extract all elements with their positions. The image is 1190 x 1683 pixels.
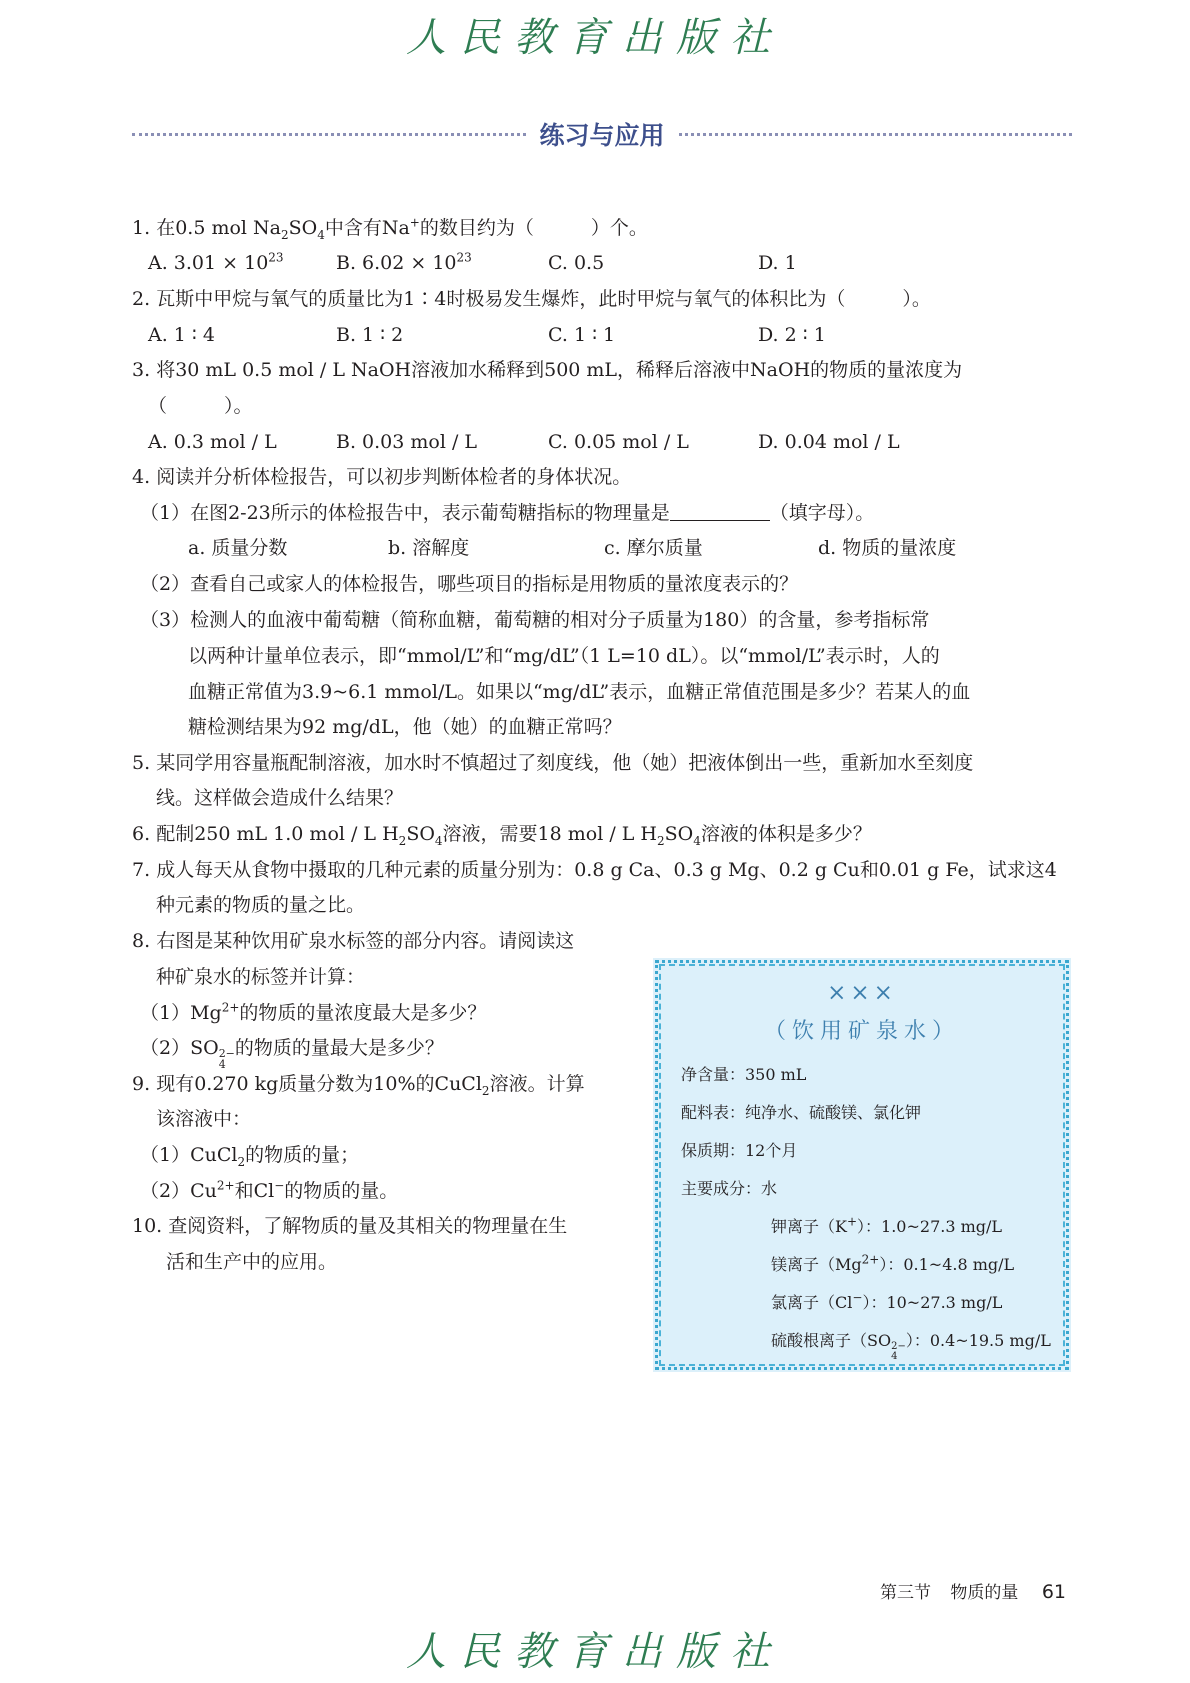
option-c: c. 摩尔质量	[604, 533, 703, 563]
label-shelf-life: 保质期：12个月	[681, 1138, 797, 1161]
question-7-cont: 种元素的物质的量之比。	[156, 890, 365, 920]
question-5: 5. 某同学用容量瓶配制溶液，加水时不慎超过了刻度线，他（她）把液体倒出一些，重…	[132, 748, 973, 778]
footer-section: 第三节	[880, 1583, 931, 1603]
option-a: A. 0.3 mol / L	[148, 427, 277, 457]
label-product: （饮用矿泉水）	[659, 1014, 1065, 1045]
question-6: 6. 配制250 mL 1.0 mol / L H2SO4溶液，需要18 mol…	[132, 819, 872, 849]
option-c: C. 0.5	[548, 248, 604, 278]
question-4-part-3-line-4: 糖检测结果为92 mg/dL，他（她）的血糖正常吗？	[188, 712, 622, 742]
question-9-cont: 该溶液中：	[156, 1104, 251, 1134]
option-b: B. 1 ∶ 2	[336, 320, 403, 350]
mineral-water-label: ××× （饮用矿泉水） 净含量：350 mL 配料表：纯净水、硫酸镁、氯化钾 保…	[653, 958, 1071, 1372]
question-4-part-3-line-1: （3）检测人的血液中葡萄糖（简称血糖，葡萄糖的相对分子质量为180）的含量，参考…	[140, 605, 929, 635]
question-4-part-1-options: a. 质量分数 b. 溶解度 c. 摩尔质量 d. 物质的量浓度	[188, 533, 1068, 563]
label-net-content: 净含量：350 mL	[681, 1062, 806, 1085]
question-1: 1. 在0.5 mol Na2SO4中含有Na+的数目约为（ ）个。	[132, 213, 648, 243]
publisher-logo-bottom: 人民教育出版社	[0, 1620, 1190, 1677]
option-a: A. 3.01 × 1023	[148, 248, 284, 278]
question-7: 7. 成人每天从食物中摄取的几种元素的质量分别为：0.8 g Ca、0.3 g …	[132, 855, 1057, 885]
option-d: D. 2 ∶ 1	[758, 320, 826, 350]
footer-chapter-title: 物质的量	[950, 1583, 1018, 1603]
question-4-part-1: （1）在图2-23所示的体检报告中，表示葡萄糖指标的物理量是（填字母）。	[140, 498, 874, 528]
question-2-options: A. 1 ∶ 4 B. 1 ∶ 2 C. 1 ∶ 1 D. 2 ∶ 1	[148, 320, 1048, 350]
option-c: C. 0.05 mol / L	[548, 427, 689, 457]
option-a: A. 1 ∶ 4	[148, 320, 215, 350]
question-8-cont: 种矿泉水的标签并计算：	[156, 962, 365, 992]
question-4: 4. 阅读并分析体检报告，可以初步判断体检者的身体状况。	[132, 462, 631, 492]
question-3-options: A. 0.3 mol / L B. 0.03 mol / L C. 0.05 m…	[148, 427, 1048, 457]
page-footer: 第三节 物质的量 61	[880, 1578, 1066, 1603]
option-a: a. 质量分数	[188, 533, 287, 563]
option-b: B. 0.03 mol / L	[336, 427, 477, 457]
question-8-part-1: （1）Mg2+的物质的量浓度最大是多少？	[140, 998, 486, 1028]
option-b: b. 溶解度	[388, 533, 469, 563]
option-d: D. 0.04 mol / L	[758, 427, 900, 457]
label-ion-chloride: 氯离子（Cl−）：10~27.3 mg/L	[771, 1290, 1002, 1313]
question-10: 10. 查阅资料，了解物质的量及其相关的物理量在生	[132, 1211, 567, 1241]
answer-blank[interactable]	[670, 500, 770, 521]
section-title: 练习与应用	[526, 116, 679, 152]
question-4-part-3-line-2: 以两种计量单位表示，即“mmol/L”和“mg/dL”（1 L=10 dL）。以…	[188, 641, 940, 671]
label-ion-sulfate: 硫酸根离子（SO2−4）：0.4~19.5 mg/L	[771, 1328, 1051, 1362]
question-4-part-2: （2）查看自己或家人的体检报告，哪些项目的指标是用物质的量浓度表示的？	[140, 569, 798, 599]
option-d: D. 1	[758, 248, 797, 278]
dotted-divider-left	[132, 133, 526, 136]
label-ingredients: 配料表：纯净水、硫酸镁、氯化钾	[681, 1100, 921, 1123]
label-brand: ×××	[659, 980, 1065, 1006]
question-9: 9. 现有0.270 kg质量分数为10%的CuCl2溶液。计算	[132, 1069, 585, 1099]
section-header: 练习与应用	[132, 112, 1072, 156]
question-8-part-2: （2）SO2−4的物质的量最大是多少？	[140, 1033, 444, 1063]
question-2: 2. 瓦斯中甲烷与氧气的质量比为1∶4时极易发生爆炸，此时甲烷与氧气的体积比为（…	[132, 284, 931, 314]
question-9-part-2: （2）Cu2+和Cl−的物质的量。	[140, 1176, 398, 1206]
label-ion-potassium: 钾离子（K+）：1.0~27.3 mg/L	[771, 1214, 1002, 1237]
question-3: 3. 将30 mL 0.5 mol / L NaOH溶液加水稀释到500 mL，…	[132, 355, 962, 385]
question-10-cont: 活和生产中的应用。	[166, 1247, 337, 1277]
publisher-logo-top: 人民教育出版社	[0, 6, 1190, 63]
label-main-component: 主要成分：水	[681, 1176, 777, 1199]
option-c: C. 1 ∶ 1	[548, 320, 615, 350]
question-4-part-3-line-3: 血糖正常值为3.9~6.1 mmol/L。如果以“mg/dL”表示，血糖正常值范…	[188, 677, 970, 707]
label-ion-magnesium: 镁离子（Mg2+）：0.1~4.8 mg/L	[771, 1252, 1014, 1275]
question-1-options: A. 3.01 × 1023 B. 6.02 × 1023 C. 0.5 D. …	[148, 248, 1048, 278]
question-3-cont: （ ）。	[148, 391, 253, 421]
question-5-cont: 线。这样做会造成什么结果？	[156, 783, 403, 813]
option-d: d. 物质的量浓度	[818, 533, 956, 563]
question-9-part-1: （1）CuCl2的物质的量；	[140, 1140, 359, 1170]
option-b: B. 6.02 × 1023	[336, 248, 472, 278]
page-number: 61	[1042, 1581, 1066, 1603]
question-8: 8. 右图是某种饮用矿泉水标签的部分内容。请阅读这	[132, 926, 574, 956]
dotted-divider-right	[679, 133, 1073, 136]
